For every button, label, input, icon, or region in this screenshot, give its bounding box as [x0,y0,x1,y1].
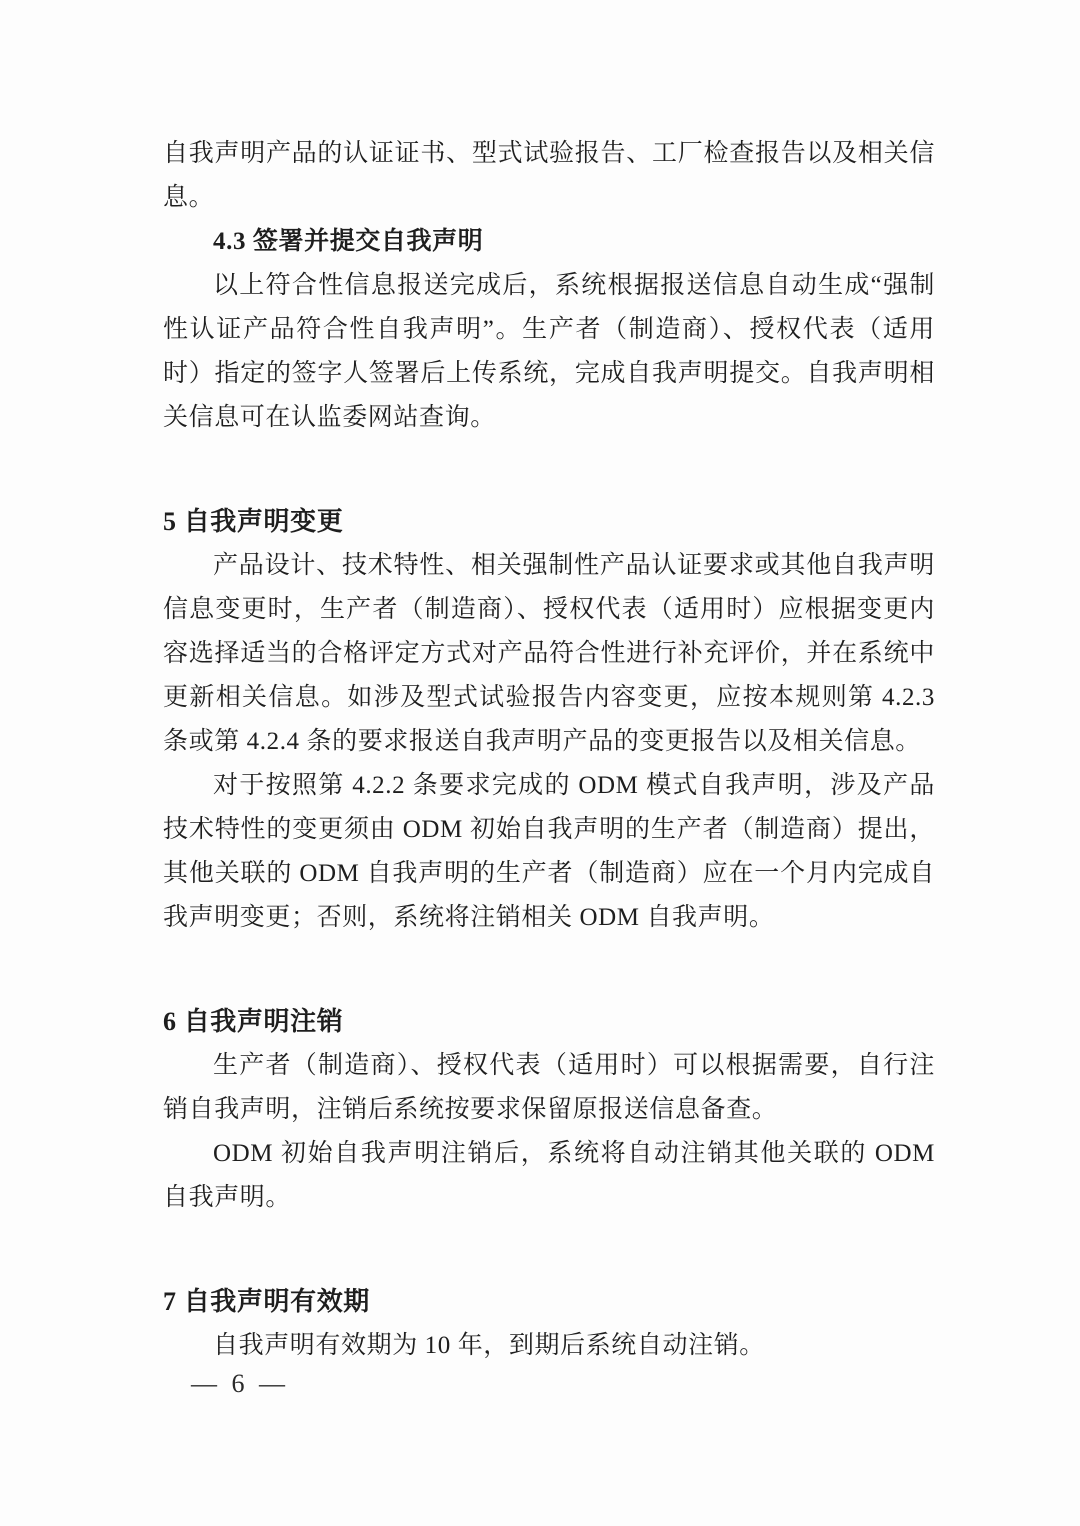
continuation-paragraph: 自我声明产品的认证证书、型式试验报告、工厂检查报告以及相关信息。 [163,132,935,220]
page-number: — 6 — [191,1364,289,1404]
section-5-heading: 5 自我声明变更 [163,500,935,544]
section-4-3-heading: 4.3 签署并提交自我声明 [163,220,935,264]
section-6-paragraph-1: 生产者（制造商）、授权代表（适用时）可以根据需要，自行注销自我声明，注销后系统按… [163,1044,935,1132]
section-6-paragraph-2: ODM 初始自我声明注销后，系统将自动注销其他关联的 ODM 自我声明。 [163,1132,935,1220]
section-4-3-paragraph: 以上符合性信息报送完成后，系统根据报送信息自动生成“强制性认证产品符合性自我声明… [163,264,935,440]
section-7: 7 自我声明有效期 自我声明有效期为 10 年，到期后系统自动注销。 [163,1280,935,1368]
section-5-paragraph-2: 对于按照第 4.2.2 条要求完成的 ODM 模式自我声明，涉及产品技术特性的变… [163,764,935,940]
section-7-heading: 7 自我声明有效期 [163,1280,935,1324]
section-7-paragraph-1: 自我声明有效期为 10 年，到期后系统自动注销。 [163,1324,935,1368]
section-6-heading: 6 自我声明注销 [163,1000,935,1044]
document-body: 自我声明产品的认证证书、型式试验报告、工厂检查报告以及相关信息。 4.3 签署并… [163,132,935,1368]
section-5: 5 自我声明变更 产品设计、技术特性、相关强制性产品认证要求或其他自我声明信息变… [163,500,935,940]
section-6: 6 自我声明注销 生产者（制造商）、授权代表（适用时）可以根据需要，自行注销自我… [163,1000,935,1220]
section-5-paragraph-1: 产品设计、技术特性、相关强制性产品认证要求或其他自我声明信息变更时，生产者（制造… [163,544,935,764]
document-page: 自我声明产品的认证证书、型式试验报告、工厂检查报告以及相关信息。 4.3 签署并… [0,0,1080,1526]
